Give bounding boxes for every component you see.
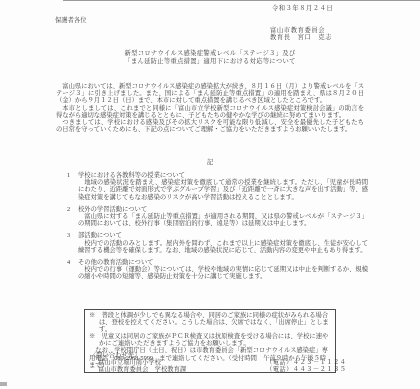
- sender-person: 教育長 宮口 克志: [270, 34, 332, 41]
- notice-item: ※ 児童又は同居のご家族がＰＣＲ検査又は抗原検査を受ける場合には、学校に速やかに…: [89, 333, 331, 347]
- paragraph: つきましては、学校における感染及びその拡大リスクを可能な限り低減し、安全を最優先…: [56, 119, 364, 133]
- scan-artifact-mark: [0, 382, 7, 386]
- record-marker: 記: [0, 159, 420, 166]
- item-body: 校内での行事（運動会）等については、学校や地域の実情に応じて延期又は中止を判断す…: [78, 266, 368, 280]
- recipient-line: 保護者各位: [55, 17, 86, 24]
- list-item: 2 校外の学習活動について 富山県に対する「まん延防止等重点措置」が適用される期…: [67, 206, 368, 228]
- title-line-2: 「まん延防止等重点措置」適用下における対応等について: [0, 58, 420, 66]
- paragraph: 富山県においては、新型コロナウイルス感染症の感染拡大が続き、８月１６日（月）より…: [56, 83, 364, 105]
- item-body: 校内での活動のみとします。屋内外を問わず、これまで以上に感染症対策を徹底し、生徒…: [78, 240, 368, 254]
- list-item: 1 学校における各教科等の授業について 地域の感染状況を踏まえ、感染症対策を徹底…: [67, 172, 368, 201]
- title-line-1: 新型コロナウイルス感染症警戒レベル「ステージ３」及び: [0, 50, 420, 58]
- item-number: 2: [67, 206, 78, 213]
- item-number: 1: [67, 172, 78, 179]
- item-number: 3: [67, 232, 78, 239]
- document-date: 令和３年８月２４日: [272, 5, 333, 12]
- document-title: 新型コロナウイルス感染症警戒レベル「ステージ３」及び 「まん延防止等重点措置」適…: [0, 50, 420, 65]
- contact-block: 〈問い合わせ先〉 富山市立堀川南小学校 （電話）４２３－１１２４ 富山市教育委員…: [90, 352, 390, 374]
- paragraph: 本市としましては、これまでと同様に「富山市立学校新型コロナウイルス感染症対策検討…: [56, 105, 364, 119]
- item-body: 地域の感染状況を踏まえ、感染症対策を徹底して通常の授業を継続します。ただし、「児…: [78, 179, 368, 201]
- contact-name: 富山市教育委員会 学校教育課: [98, 366, 266, 373]
- contact-phone: （電話）４４３－２１３５: [266, 366, 346, 373]
- page-top-edge-line: [63, 0, 420, 1]
- item-body: 富山県に対する「まん延防止等重点措置」が適用される期間、又は県の警戒レベルが「ス…: [78, 213, 368, 227]
- contact-row: 富山市教育委員会 学校教育課 （電話）４４３－２１３５: [98, 366, 390, 373]
- body-paragraphs: 富山県においては、新型コロナウイルス感染症の感染拡大が続き、８月１６日（月）より…: [56, 83, 364, 133]
- list-item: 3 部活動について 校内での活動のみとします。屋内外を問わず、これまで以上に感染…: [67, 232, 368, 254]
- item-number: 4: [67, 259, 78, 266]
- sender-block: 富山市教育委員会 教育長 宮口 克志: [270, 27, 332, 42]
- item-heading: 部活動について: [78, 232, 122, 239]
- notice-item: ※ 普段と体調が少しでも異なる場合や、同居のご家族に同様の症状がみられる場合は、…: [89, 312, 331, 333]
- list-item: 4 その他の教育活動について 校内での行事（運動会）等については、学校や地域の実…: [67, 259, 368, 281]
- document-page: 令和３年８月２４日 保護者各位 富山市教育委員会 教育長 宮口 克志 新型コロナ…: [0, 0, 420, 389]
- numbered-items: 1 学校における各教科等の授業について 地域の感染状況を踏まえ、感染症対策を徹底…: [67, 172, 368, 286]
- item-heading: 校外の学習活動について: [78, 206, 147, 213]
